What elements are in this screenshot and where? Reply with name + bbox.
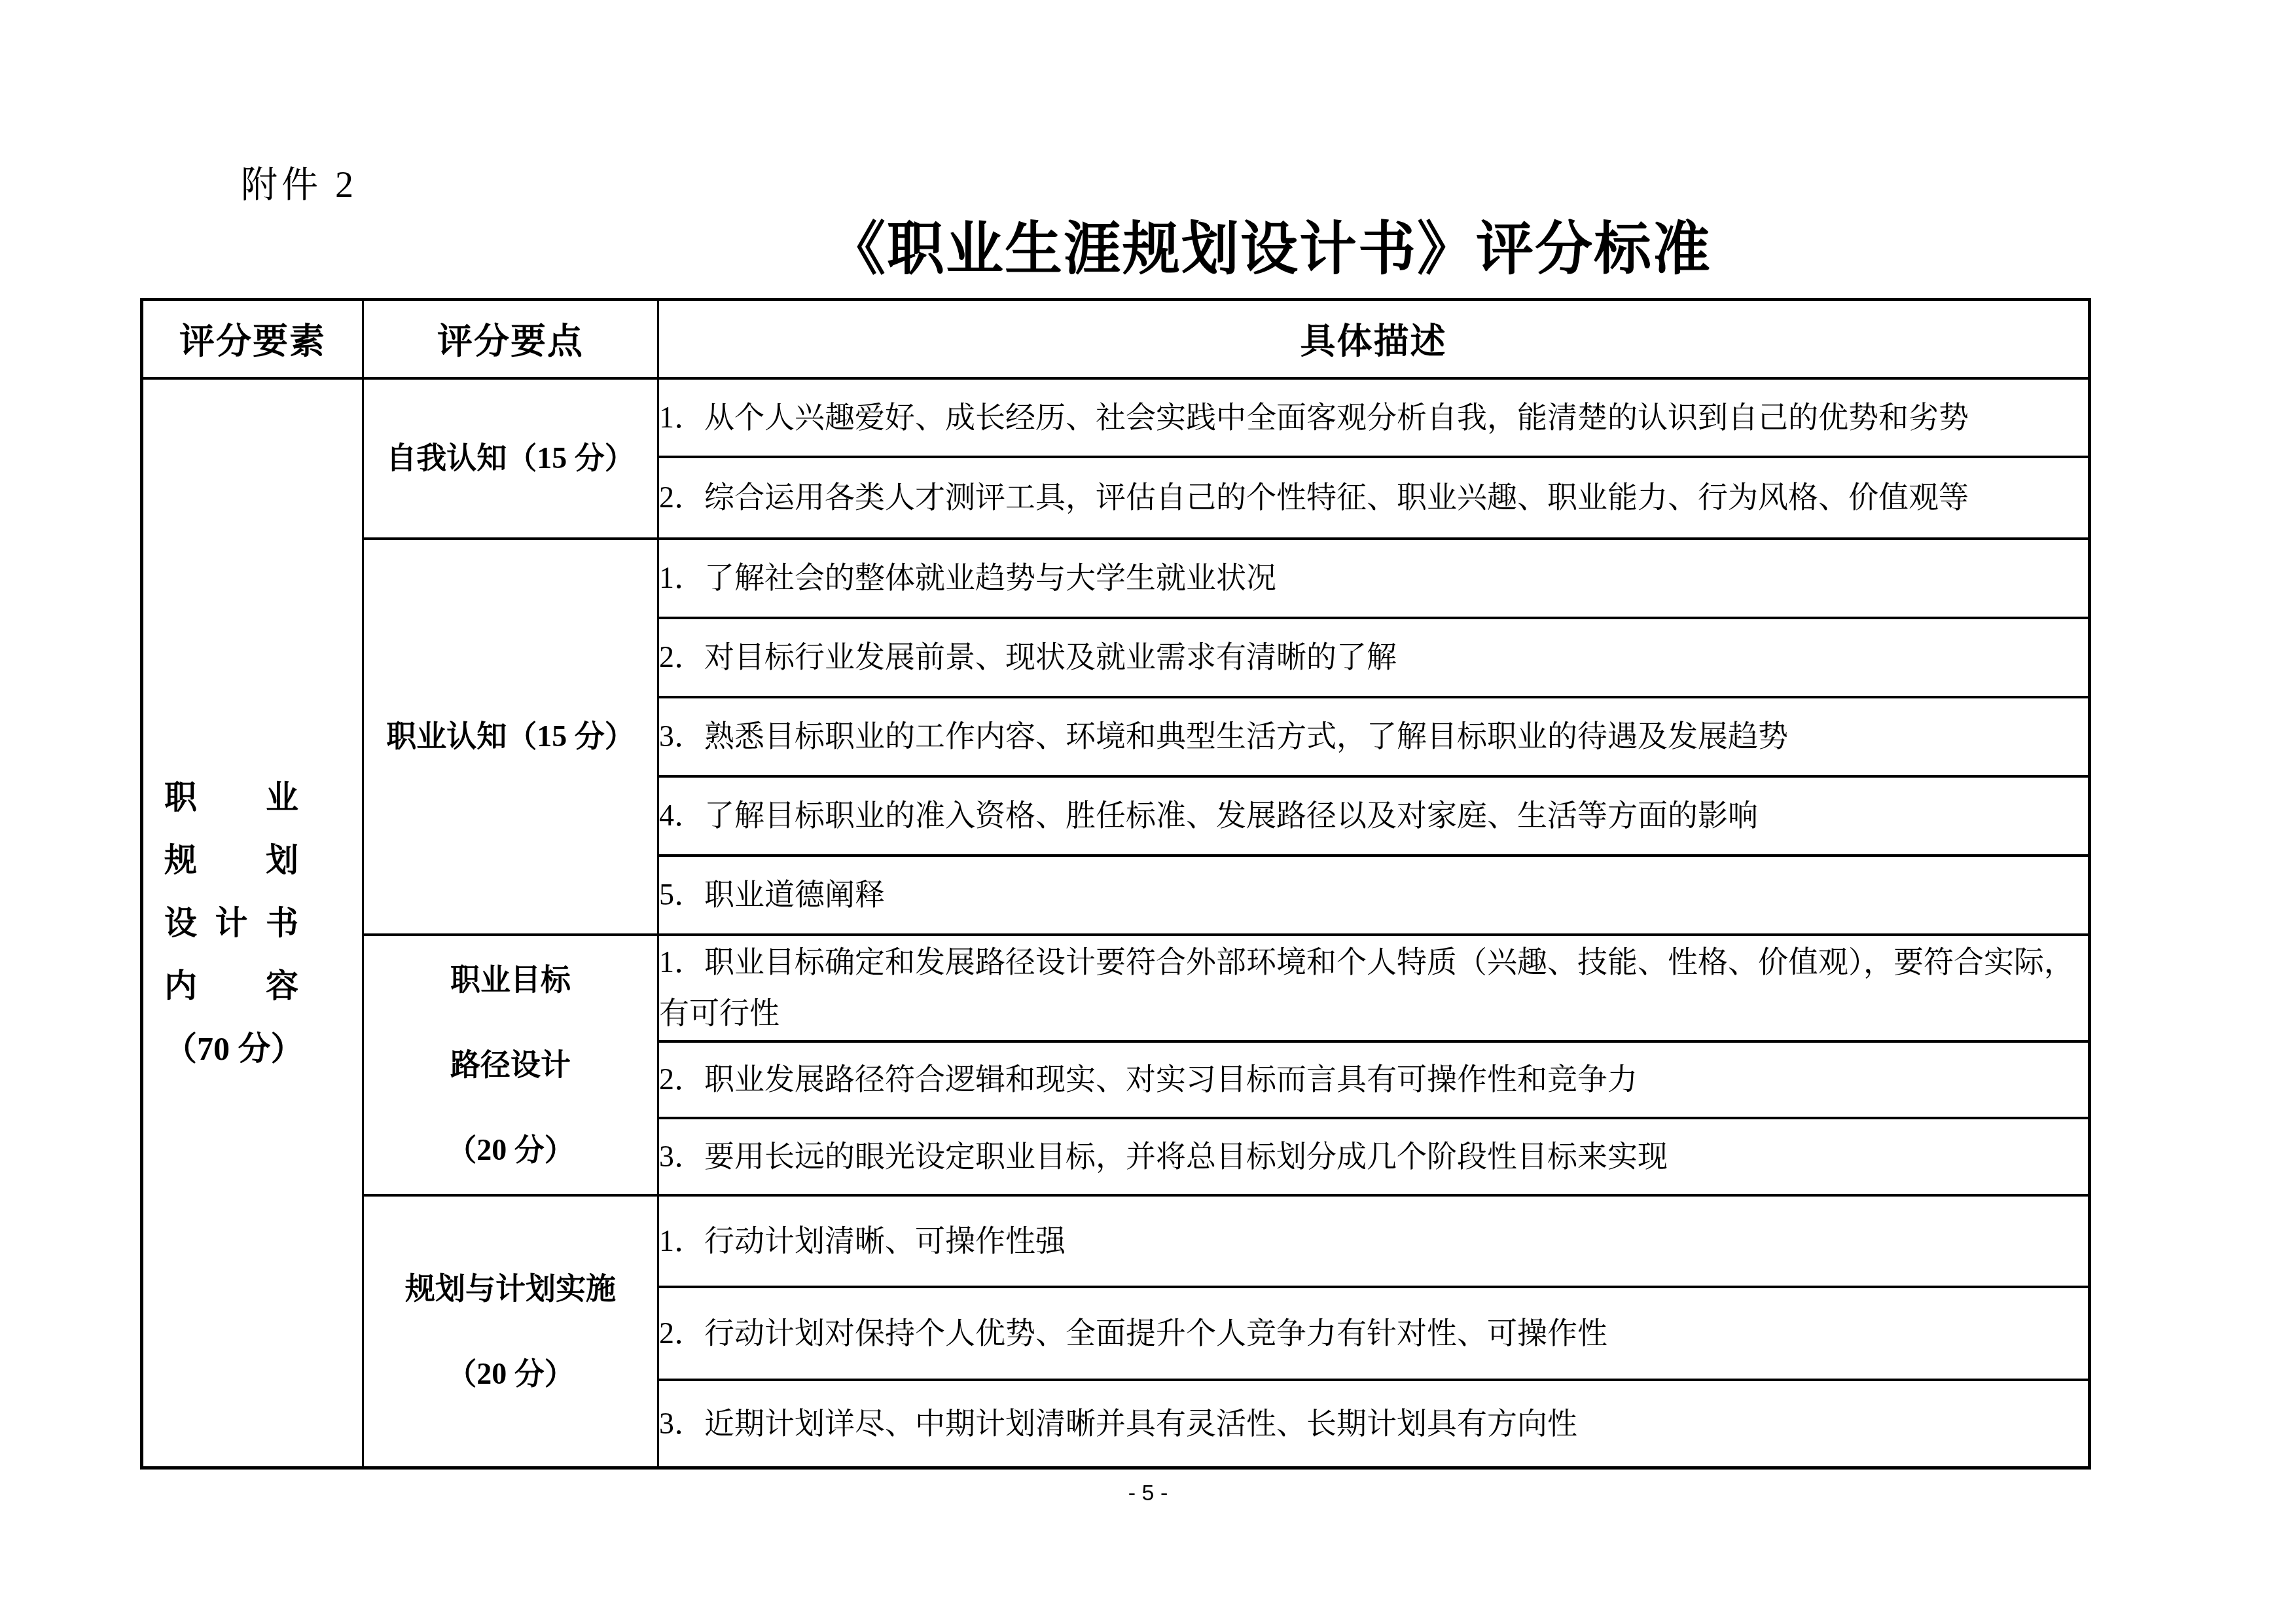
- factor-line: 内容: [164, 954, 298, 1017]
- table-row: 职业认知（15 分） 1．了解社会的整体就业趋势与大学生就业状况: [142, 539, 2090, 618]
- description-cell: 2．综合运用各类人才测评工具，评估自己的个性特征、职业兴趣、职业能力、行为风格、…: [658, 457, 2090, 539]
- table-row: 职业 规划 设计书 内容 （70 分） 自我认知（15 分） 1．从个人兴趣爱好…: [142, 378, 2090, 457]
- factor-line: （70 分）: [164, 1017, 298, 1080]
- description-cell: 3．近期计划详尽、中期计划清晰并具有灵活性、长期计划具有方向性: [658, 1380, 2090, 1468]
- section-label-plan-implementation: 规划与计划实施 （20 分）: [363, 1195, 658, 1468]
- factor-line: 职业: [164, 766, 298, 829]
- header-scoring-factor: 评分要素: [142, 300, 363, 378]
- section-label-career-awareness: 职业认知（15 分）: [363, 539, 658, 935]
- description-cell: 5．职业道德阐释: [658, 856, 2090, 935]
- factor-line: 设计书: [164, 892, 298, 954]
- header-detailed-description: 具体描述: [658, 300, 2090, 378]
- factor-cell-career-plan-content: 职业 规划 设计书 内容 （70 分）: [142, 378, 363, 1468]
- description-cell: 1．行动计划清晰、可操作性强: [658, 1195, 2090, 1287]
- description-cell: 2．职业发展路径符合逻辑和现实、对实习目标而言具有可操作性和竞争力: [658, 1041, 2090, 1118]
- page-number: - 5 -: [0, 1481, 2296, 1506]
- description-cell: 3．要用长远的眼光设定职业目标，并将总目标划分成几个阶段性目标来实现: [658, 1118, 2090, 1195]
- description-cell: 4．了解目标职业的准入资格、胜任标准、发展路径以及对家庭、生活等方面的影响: [658, 776, 2090, 856]
- description-cell: 1．了解社会的整体就业趋势与大学生就业状况: [658, 539, 2090, 618]
- description-cell: 1．从个人兴趣爱好、成长经历、社会实践中全面客观分析自我，能清楚的认识到自己的优…: [658, 378, 2090, 457]
- attachment-label: 附件 2: [241, 156, 357, 208]
- description-cell: 2．对目标行业发展前景、现状及就业需求有清晰的了解: [658, 618, 2090, 697]
- description-cell: 3．熟悉目标职业的工作内容、环境和典型生活方式，了解目标职业的待遇及发展趋势: [658, 697, 2090, 776]
- page-title: 《职业生涯规划设计书》评分标准: [0, 203, 2296, 285]
- table-header-row: 评分要素 评分要点 具体描述: [142, 300, 2090, 378]
- section-label-self-awareness: 自我认知（15 分）: [363, 378, 658, 539]
- factor-line: 规划: [164, 829, 298, 892]
- header-scoring-points: 评分要点: [363, 300, 658, 378]
- description-cell: 1．职业目标确定和发展路径设计要符合外部环境和个人特质（兴趣、技能、性格、价值观…: [658, 935, 2090, 1041]
- factor-label: 职业 规划 设计书 内容 （70 分）: [164, 766, 298, 1080]
- table-row: 规划与计划实施 （20 分） 1．行动计划清晰、可操作性强: [142, 1195, 2090, 1287]
- scoring-rubric-table: 评分要素 评分要点 具体描述 职业 规划 设计书 内容 （70 分） 自我认知（…: [140, 298, 2091, 1470]
- table-row: 职业目标 路径设计 （20 分） 1．职业目标确定和发展路径设计要符合外部环境和…: [142, 935, 2090, 1041]
- section-label-career-goal-path-design: 职业目标 路径设计 （20 分）: [363, 935, 658, 1195]
- description-cell: 2．行动计划对保持个人优势、全面提升个人竞争力有针对性、可操作性: [658, 1287, 2090, 1380]
